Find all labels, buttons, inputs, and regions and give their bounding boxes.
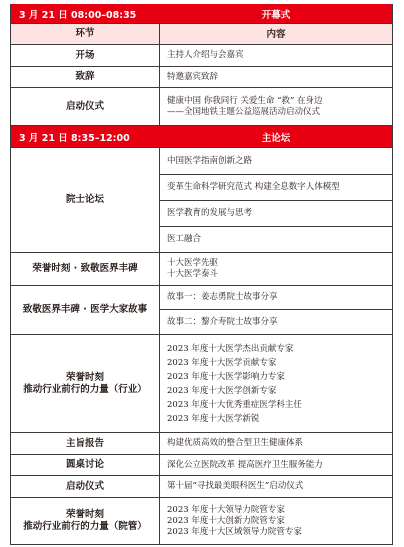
column-header-row: 环节 内容 bbox=[11, 24, 392, 45]
content-line: 2023 年度十大优秀重症医学科主任 bbox=[167, 398, 302, 412]
content-cell: 变革生命科学研究范式 构建全息数字人体模型 bbox=[160, 174, 392, 200]
segment-label: 院士论坛 bbox=[11, 148, 160, 252]
content-cell: 深化公立医院改革 提高医疗卫生服务能力 bbox=[160, 455, 392, 475]
segment-label: 启动仪式 bbox=[11, 476, 160, 497]
content-cell: 医学教育的发展与思考 bbox=[160, 200, 392, 226]
content-cell: 构建优质高效的整合型卫生健康体系 bbox=[160, 433, 392, 454]
table-row: 致辞 特邀嘉宾致辞 bbox=[11, 67, 392, 88]
content-line: 十大医学泰斗 bbox=[167, 269, 218, 280]
column-header-segment: 环节 bbox=[11, 24, 160, 44]
table-row: 主旨报告 构建优质高效的整合型卫生健康体系 bbox=[11, 433, 392, 455]
label-line: 荣誉时刻 bbox=[66, 372, 104, 384]
schedule-table: 3 月 21 日 08:00–08:35 开幕式 环节 内容 开场 主持人介绍与… bbox=[10, 4, 393, 545]
content-line: 2023 年度十大区域领导力院管专家 bbox=[167, 527, 302, 538]
label-line: 推动行业前行的力量（院管） bbox=[23, 521, 147, 533]
content-line: ——全国地铁主题公益巡展活动启动仪式 bbox=[167, 107, 320, 118]
content-cell: 故事一：姜志勇院士故事分享 bbox=[160, 286, 392, 309]
content-cell: 健康中国 你我同行 关爱生命 “救” 在身边 ——全国地铁主题公益巡展活动启动仪… bbox=[160, 88, 392, 125]
content-cell: 故事二：黎介寿院士故事分享 bbox=[160, 309, 392, 334]
table-row: 启动仪式 健康中国 你我同行 关爱生命 “救” 在身边 ——全国地铁主题公益巡展… bbox=[11, 88, 392, 126]
content-cell: 主持人介绍与会嘉宾 bbox=[160, 45, 392, 66]
content-line: 2023 年度十大医学新锐 bbox=[167, 412, 259, 426]
section-time: 3 月 21 日 08:00–08:35 bbox=[11, 7, 160, 21]
label-line: 推动行业前行的力量（行业） bbox=[23, 384, 147, 396]
label-line: 荣誉时刻 bbox=[66, 509, 104, 521]
content-line: 2023 年度十大医学杰出贡献专家 bbox=[167, 342, 293, 356]
section-band-main-forum: 3 月 21 日 8:35–12:00 主论坛 bbox=[11, 126, 392, 148]
segment-label: 致敬医界丰碑 · 医学大家故事 bbox=[11, 286, 160, 334]
section-title: 开幕式 bbox=[160, 7, 392, 21]
segment-label: 主旨报告 bbox=[11, 433, 160, 454]
content-line: 2023 年度十大领导力院管专家 bbox=[167, 505, 285, 516]
column-header-content: 内容 bbox=[160, 24, 392, 44]
section-title: 主论坛 bbox=[160, 130, 392, 144]
table-row: 院士论坛 中国医学指南创新之路 变革生命科学研究范式 构建全息数字人体模型 医学… bbox=[11, 148, 392, 253]
content-cell: 特邀嘉宾致辞 bbox=[160, 67, 392, 87]
segment-label: 启动仪式 bbox=[11, 88, 160, 125]
section-band-opening: 3 月 21 日 08:00–08:35 开幕式 bbox=[11, 4, 392, 24]
table-row: 荣誉时刻 推动行业前行的力量（院管） 2023 年度十大领导力院管专家 2023… bbox=[11, 498, 392, 544]
section-time: 3 月 21 日 8:35–12:00 bbox=[11, 130, 160, 144]
segment-label: 荣誉时刻 推动行业前行的力量（院管） bbox=[11, 498, 160, 544]
content-line: 健康中国 你我同行 关爱生命 “救” 在身边 bbox=[167, 96, 323, 107]
content-line: 2023 年度十大医学影响力专家 bbox=[167, 370, 285, 384]
content-line: 2023 年度十大医学创新专家 bbox=[167, 384, 276, 398]
segment-label: 致辞 bbox=[11, 67, 160, 87]
content-cell: 第十届“寻找最美眼科医生”启动仪式 bbox=[160, 476, 392, 497]
table-row: 开场 主持人介绍与会嘉宾 bbox=[11, 45, 392, 67]
table-row: 荣誉时刻 · 致敬医界丰碑 十大医学先驱 十大医学泰斗 bbox=[11, 253, 392, 286]
content-cell: 十大医学先驱 十大医学泰斗 bbox=[160, 253, 392, 285]
segment-label: 荣誉时刻 推动行业前行的力量（行业） bbox=[11, 335, 160, 432]
content-cell: 2023 年度十大医学杰出贡献专家 2023 年度十大医学贡献专家 2023 年… bbox=[160, 335, 392, 432]
content-line: 十大医学先驱 bbox=[167, 258, 218, 269]
content-cell: 2023 年度十大领导力院管专家 2023 年度十大创新力院管专家 2023 年… bbox=[160, 498, 392, 544]
table-row: 致敬医界丰碑 · 医学大家故事 故事一：姜志勇院士故事分享 故事二：黎介寿院士故… bbox=[11, 286, 392, 335]
segment-label: 开场 bbox=[11, 45, 160, 66]
segment-label: 荣誉时刻 · 致敬医界丰碑 bbox=[11, 253, 160, 285]
content-line: 2023 年度十大医学贡献专家 bbox=[167, 356, 276, 370]
table-row: 圆桌讨论 深化公立医院改革 提高医疗卫生服务能力 bbox=[11, 455, 392, 476]
content-cell: 医工融合 bbox=[160, 226, 392, 252]
table-row: 启动仪式 第十届“寻找最美眼科医生”启动仪式 bbox=[11, 476, 392, 498]
content-cell: 中国医学指南创新之路 bbox=[160, 148, 392, 174]
table-row: 荣誉时刻 推动行业前行的力量（行业） 2023 年度十大医学杰出贡献专家 202… bbox=[11, 335, 392, 433]
content-line: 2023 年度十大创新力院管专家 bbox=[167, 516, 285, 527]
segment-label: 圆桌讨论 bbox=[11, 455, 160, 475]
